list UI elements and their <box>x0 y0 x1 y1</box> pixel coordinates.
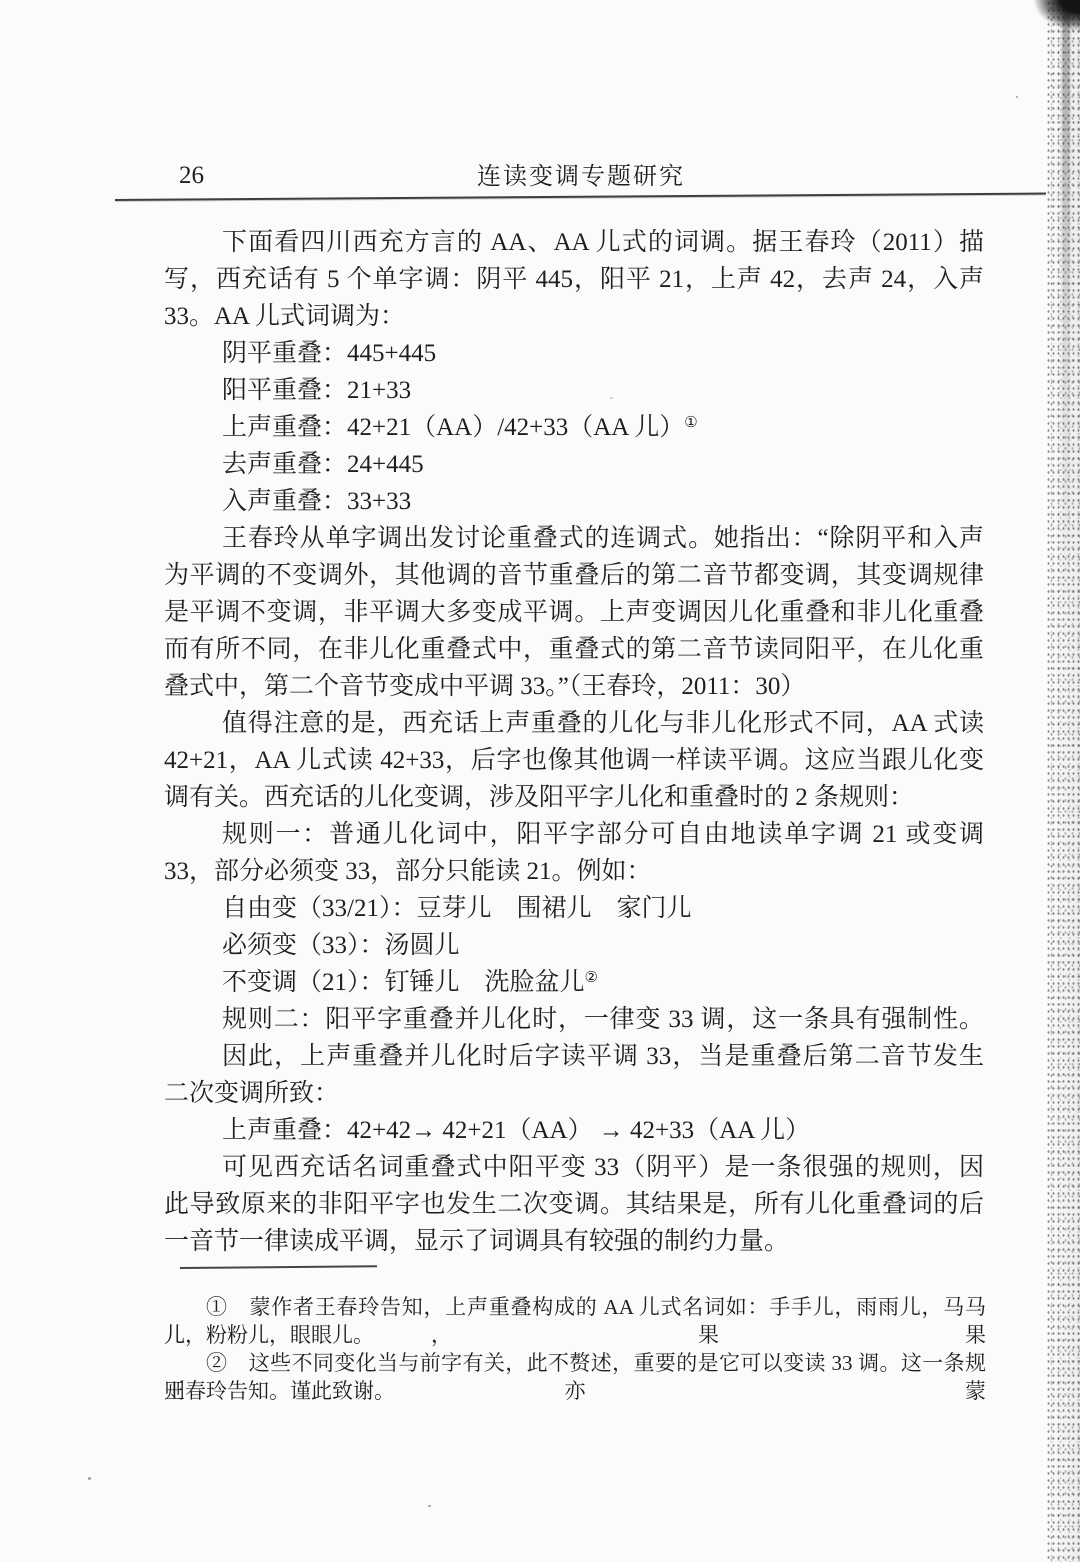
scanned-page: 26 连读变调专题研究 下面看四川西充方言的 AA、AA 儿式的词调。据王春玲（… <box>0 0 1080 1562</box>
text-run: 王春玲从单字调出发讨论重叠式的连调式。她指出：“除阴平和入声 <box>222 525 984 552</box>
scan-speck <box>88 1477 91 1480</box>
text-run: 可见西充话名词重叠式中阳平变 33（阴平）是一条很强的规则，因 <box>222 1154 984 1181</box>
text-line: 二次变调所致： <box>164 1075 984 1112</box>
text-run: 写，西充话有 5 个单字调：阴平 445，阳平 21，上声 42，去声 24，入… <box>164 266 984 293</box>
text-run: 值得注意的是，西充话上声重叠的儿化与非儿化形式不同，AA 式读 <box>222 710 984 737</box>
footnotes: ① 蒙作者王春玲告知，上声重叠构成的 AA 儿式名词如：手手儿，雨雨儿，马马儿，… <box>164 1293 986 1405</box>
text-line: 调有关。西充话的儿化变调，涉及阳平字儿化和重叠时的 2 条规则： <box>164 779 984 816</box>
text-run: 上声重叠：42+21（AA）/42+33（AA 儿） <box>222 414 684 441</box>
text-line: 必须变（33）：汤圆儿 <box>164 927 984 964</box>
text-line: ② 这些不同变化当与前字有关，此不赘述，重要的是它可以变读 33 调。这一条规则… <box>164 1349 986 1377</box>
text-line: 规则一：普通儿化词中，阳平字部分可自由地读单字调 21 或变调 <box>164 816 984 853</box>
text-line: 叠式中，第二个音节变成中平调 33。”（王春玲，2011：30） <box>164 668 984 705</box>
text-run: 一音节一律读成平调，显示了词调具有较强的制约力量。 <box>164 1228 789 1255</box>
text-line: 王春玲从单字调出发讨论重叠式的连调式。她指出：“除阴平和入声 <box>164 520 984 557</box>
text-run: 42+21，AA 儿式读 42+33，后字也像其他调一样读平调。这应当跟儿化变 <box>164 747 984 774</box>
text-line: 而有所不同，在非儿化重叠式中，重叠式的第二音节读同阳平，在儿化重 <box>164 631 984 668</box>
text-run: 33，部分必须变 33，部分只能读 21。例如： <box>164 858 652 885</box>
text-run: 为平调的不变调外，其他调的音节重叠后的第二音节都变调，其变调规律 <box>164 562 984 589</box>
text-run: 王春玲告知。谨此致谢。 <box>164 1379 395 1403</box>
text-run: 规则二：阳平字重叠并儿化时，一律变 33 调，这一条具有强制性。 <box>222 1006 984 1033</box>
running-header-title: 连读变调专题研究 <box>477 162 685 192</box>
scan-speck <box>428 1505 431 1507</box>
text-run: 而有所不同，在非儿化重叠式中，重叠式的第二音节读同阳平，在儿化重 <box>164 636 984 663</box>
text-line: 因此，上声重叠并儿化时后字读平调 33，当是重叠后第二音节发生 <box>164 1038 984 1075</box>
footnote-ref: ② <box>585 970 598 986</box>
text-run: 二次变调所致： <box>164 1080 339 1107</box>
text-run: 上声重叠：42+42→ 42+21（AA） → 42+33（AA 儿） <box>222 1117 810 1144</box>
text-run: 自由变（33/21）：豆芽儿 围裙儿 家门儿 <box>222 895 691 922</box>
text-line: 为平调的不变调外，其他调的音节重叠后的第二音节都变调，其变调规律 <box>164 557 984 594</box>
text-line: 值得注意的是，西充话上声重叠的儿化与非儿化形式不同，AA 式读 <box>164 705 984 742</box>
text-run: 是平调不变调，非平调大多变成平调。上声变调因儿化重叠和非儿化重叠 <box>164 599 984 626</box>
footnote-separator <box>180 1265 377 1269</box>
text-line: 写，西充话有 5 个单字调：阴平 445，阳平 21，上声 42，去声 24，入… <box>164 261 984 298</box>
text-run: 调有关。西充话的儿化变调，涉及阳平字儿化和重叠时的 2 条规则： <box>164 784 914 811</box>
text-line: ① 蒙作者王春玲告知，上声重叠构成的 AA 儿式名词如：手手儿，雨雨儿，马马儿，… <box>164 1293 986 1321</box>
text-line: 33，部分必须变 33，部分只能读 21。例如： <box>164 853 984 890</box>
text-line: 33。AA 儿式词调为： <box>164 298 984 335</box>
text-run: 阳平重叠：21+33 <box>222 377 411 404</box>
text-line: 上声重叠：42+21（AA）/42+33（AA 儿）① <box>164 409 984 446</box>
footnote-ref: ① <box>684 415 697 431</box>
text-run: 必须变（33）：汤圆儿 <box>222 932 460 959</box>
text-line: 一音节一律读成平调，显示了词调具有较强的制约力量。 <box>164 1223 984 1260</box>
page-number: 26 <box>179 161 204 191</box>
body-text: 下面看四川西充方言的 AA、AA 儿式的词调。据王春玲（2011）描写，西充话有… <box>164 224 984 1260</box>
text-run: 此导致原来的非阳平字也发生二次变调。其结果是，所有儿化重叠词的后 <box>164 1191 984 1218</box>
text-line: 42+21，AA 儿式读 42+33，后字也像其他调一样读平调。这应当跟儿化变 <box>164 742 984 779</box>
text-line: 去声重叠：24+445 <box>164 446 984 483</box>
text-run: 阴平重叠：445+445 <box>222 340 436 367</box>
text-line: 可见西充话名词重叠式中阳平变 33（阴平）是一条很强的规则，因 <box>164 1149 984 1186</box>
scan-corner-shadow <box>1028 0 1080 42</box>
scan-edge-noise-core <box>1062 0 1070 620</box>
text-run: 去声重叠：24+445 <box>222 451 424 478</box>
text-line: 规则二：阳平字重叠并儿化时，一律变 33 调，这一条具有强制性。 <box>164 1001 984 1038</box>
text-line: 阳平重叠：21+33 <box>164 372 984 409</box>
text-line: 阴平重叠：445+445 <box>164 335 984 372</box>
text-run: 33。AA 儿式词调为： <box>164 303 405 330</box>
text-line: 是平调不变调，非平调大多变成平调。上声变调因儿化重叠和非儿化重叠 <box>164 594 984 631</box>
scan-speck <box>1016 96 1018 98</box>
text-run: 规则一：普通儿化词中，阳平字部分可自由地读单字调 21 或变调 <box>222 821 984 848</box>
text-run: 叠式中，第二个音节变成中平调 33。”（王春玲，2011：30） <box>164 673 805 700</box>
text-line: 入声重叠：33+33 <box>164 483 984 520</box>
text-line: 不变调（21）：钉锤儿 洗脸盆儿② <box>164 964 984 1001</box>
text-line: 下面看四川西充方言的 AA、AA 儿式的词调。据王春玲（2011）描 <box>164 224 984 261</box>
text-line: 此导致原来的非阳平字也发生二次变调。其结果是，所有儿化重叠词的后 <box>164 1186 984 1223</box>
text-run: 入声重叠：33+33 <box>222 488 411 515</box>
scan-speck <box>610 397 613 399</box>
text-line: 上声重叠：42+42→ 42+21（AA） → 42+33（AA 儿） <box>164 1112 984 1149</box>
header-rule <box>115 193 1046 201</box>
text-run: 不变调（21）：钉锤儿 洗脸盆儿 <box>222 969 585 996</box>
text-run: 因此，上声重叠并儿化时后字读平调 33，当是重叠后第二音节发生 <box>222 1043 984 1070</box>
text-run: 儿，粉粉儿，眼眼儿。 <box>164 1323 374 1347</box>
text-run: 下面看四川西充方言的 AA、AA 儿式的词调。据王春玲（2011）描 <box>222 229 984 256</box>
text-line: 自由变（33/21）：豆芽儿 围裙儿 家门儿 <box>164 890 984 927</box>
